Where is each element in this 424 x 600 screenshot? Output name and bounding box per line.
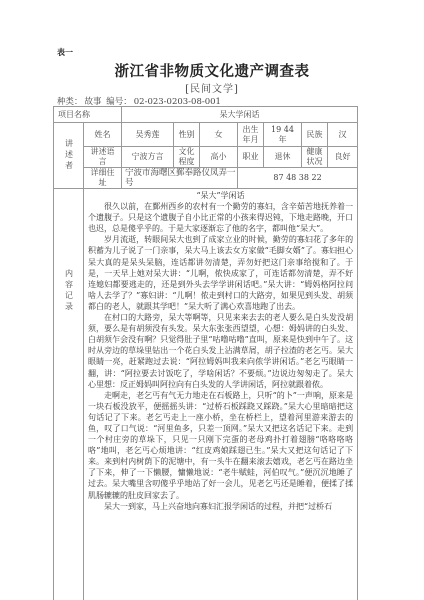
project-name-label: 项目名称 bbox=[54, 107, 122, 123]
survey-table: 项目名称 呆大学闲话 讲述者 姓名 吴秀莲 性别 女 出生年月 19 44 年 … bbox=[53, 106, 358, 600]
narrator-section-label: 讲述者 bbox=[64, 139, 74, 172]
education-label: 文化程度 bbox=[174, 147, 200, 168]
story-paragraph: 在村口的大路旁，呆大等啊等，只见来来去去的老人要么是白头发没胡须，要么是有胡须没… bbox=[88, 312, 353, 390]
birth-label: 出生年月 bbox=[238, 123, 264, 147]
page-subtitle: [民间文学] bbox=[0, 80, 424, 95]
birth-value: 19 44 年 bbox=[264, 123, 302, 147]
address-label: 详细住址 bbox=[84, 168, 122, 189]
health-label: 健康状况 bbox=[302, 147, 328, 168]
gender-label: 性别 bbox=[174, 123, 200, 147]
project-name-value: 呆大学闲话 bbox=[122, 107, 358, 123]
story-paragraph: 岁月流逝，转眼间呆大也到了成家立业的时候，勤劳的寡妇花了多年的积蓄为儿子说了一门… bbox=[88, 234, 353, 312]
page-title: 浙江省非物质文化遗产调查表 bbox=[0, 60, 424, 81]
gender-value: 女 bbox=[200, 123, 238, 147]
story-paragraph: 走啊走，老乞丐有气无力地走在石板路上，只听“的卜”一声响，原来是一块石板没放平，… bbox=[88, 390, 353, 501]
address-value: 宁波市海曙区鄞奉路仪凤弄一号 bbox=[122, 168, 238, 189]
education-value: 高小 bbox=[200, 147, 238, 168]
phone-value: 87 48 38 22 bbox=[238, 168, 358, 189]
occupation-value: 退休 bbox=[264, 147, 302, 168]
health-value: 良好 bbox=[328, 147, 358, 168]
story-title: “呆大”学闲话 bbox=[88, 190, 353, 201]
ethnicity-value: 汉 bbox=[328, 123, 358, 147]
ethnicity-label: 民族 bbox=[302, 123, 328, 147]
narrator-section: 讲述者 bbox=[54, 123, 84, 189]
content-section: 内容记录 bbox=[54, 189, 84, 600]
name-label: 姓名 bbox=[84, 123, 122, 147]
content-section-label: 内容记录 bbox=[64, 269, 74, 313]
language-label: 讲述语言 bbox=[84, 147, 122, 168]
story-paragraph: 呆大一到家，马上兴奋地向寡妇汇报学闲话的过程，并把“过桥石 bbox=[88, 501, 353, 512]
language-value: 宁波方言 bbox=[122, 147, 174, 168]
table-label: 表一 bbox=[57, 47, 73, 58]
story-paragraph: 很久以前，在鄞州西乡的农村有一个勤劳的寡妇，含辛茹苦地抚养着一个遗腹子。只是这个… bbox=[88, 201, 353, 234]
occupation-label: 职业 bbox=[238, 147, 264, 168]
content-record: “呆大”学闲话 很久以前，在鄞州西乡的农村有一个勤劳的寡妇，含辛茹苦地抚养着一个… bbox=[84, 189, 358, 600]
name-value: 吴秀莲 bbox=[122, 123, 174, 147]
